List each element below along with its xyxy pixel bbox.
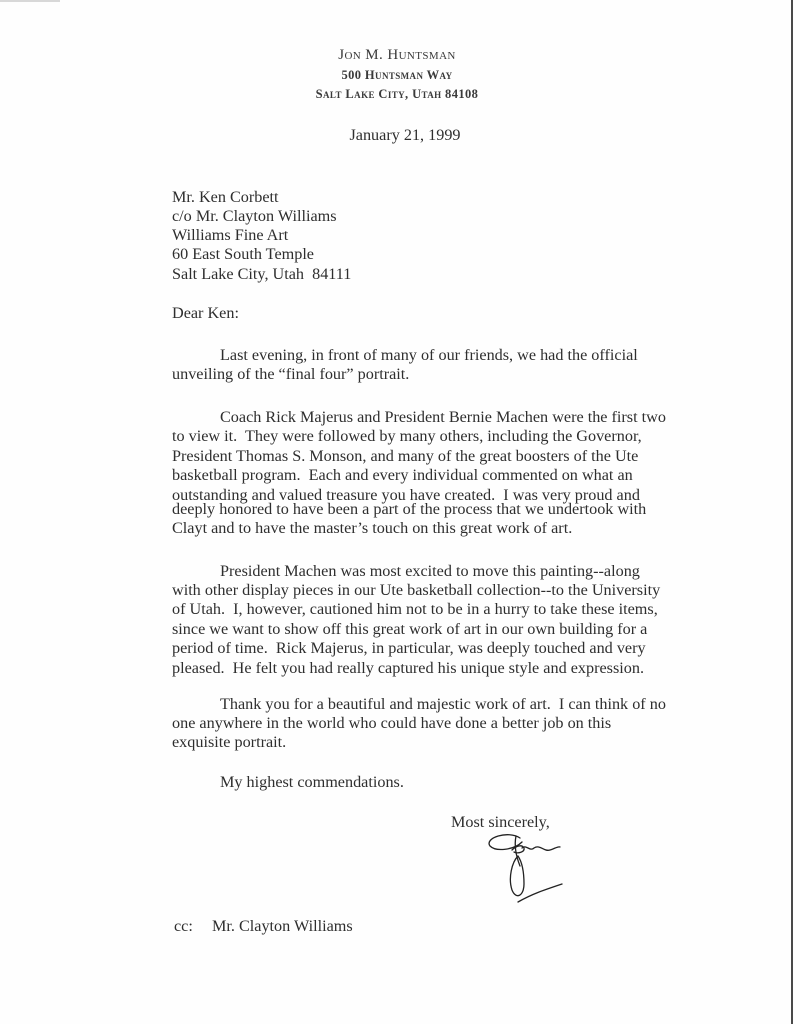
scan-edge-right xyxy=(791,0,793,1024)
paragraph-line: President Thomas S. Monson, and many of … xyxy=(172,446,638,466)
recipient-line: Mr. Ken Corbett xyxy=(172,187,279,207)
recipient-line: 60 East South Temple xyxy=(172,244,314,264)
paragraph-line: pleased. He felt you had really captured… xyxy=(172,658,644,678)
paragraph-line: Coach Rick Majerus and President Bernie … xyxy=(220,407,666,427)
paragraph-line: with other display pieces in our Ute bas… xyxy=(172,580,660,600)
paragraph-line: to view it. They were followed by many o… xyxy=(172,426,642,446)
signature-icon xyxy=(478,832,578,912)
paragraph-line: Clayt and to have the master’s touch on … xyxy=(172,518,572,538)
closing: Most sincerely, xyxy=(451,812,550,832)
paragraph-line: unveiling of the “final four” portrait. xyxy=(172,364,409,384)
paragraph-line: deeply honored to have been a part of th… xyxy=(172,499,646,519)
cc-label: cc: xyxy=(174,916,193,936)
paragraph-line: since we want to show off this great wor… xyxy=(172,619,647,639)
letterhead-name: Jon M. Huntsman xyxy=(0,47,794,64)
letterhead-city: Salt Lake City, Utah 84108 xyxy=(0,87,794,102)
scan-edge-top xyxy=(0,0,60,2)
recipient-line: c/o Mr. Clayton Williams xyxy=(172,206,337,226)
paragraph-line: exquisite portrait. xyxy=(172,732,286,752)
salutation: Dear Ken: xyxy=(172,303,239,323)
paragraph-line: one anywhere in the world who could have… xyxy=(172,713,611,733)
paragraph-line: President Machen was most excited to mov… xyxy=(220,561,640,581)
recipient-line: Salt Lake City, Utah 84111 xyxy=(172,264,351,284)
letter-date: January 21, 1999 xyxy=(0,126,794,145)
cc-name: Mr. Clayton Williams xyxy=(212,916,353,936)
paragraph-line: Thank you for a beautiful and majestic w… xyxy=(220,694,666,714)
paragraph-line: My highest commendations. xyxy=(220,772,404,792)
letterhead-street: 500 Huntsman Way xyxy=(0,68,794,83)
paragraph-line: of Utah. I, however, cautioned him not t… xyxy=(172,599,658,619)
letter-page: Jon M. Huntsman 500 Huntsman Way Salt La… xyxy=(0,0,794,1024)
paragraph-line: period of time. Rick Majerus, in particu… xyxy=(172,638,646,658)
paragraph-line: basketball program. Each and every indiv… xyxy=(172,465,633,485)
recipient-line: Williams Fine Art xyxy=(172,225,288,245)
paragraph-line: Last evening, in front of many of our fr… xyxy=(220,345,638,365)
